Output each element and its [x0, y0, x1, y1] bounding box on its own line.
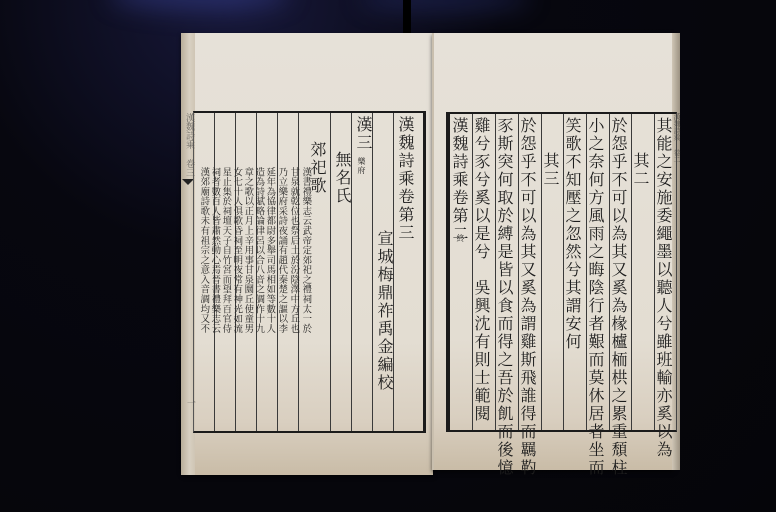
text-column: 小之奈何方風雨之晦陰行者艱而莫休居者坐而	[587, 117, 603, 477]
poem-title: 郊祀歌	[309, 141, 325, 195]
commentary-column: 女七十人俱歌昏祠至明夜常有神光如流	[231, 167, 241, 333]
backdrop-divider	[403, 0, 411, 36]
background-light-glow	[110, 0, 290, 10]
right-page-text-frame: 其能之安施委繩墨以聽人兮雖班輸亦奚以為 其二 於怨乎不可以為其又奚為椽櫨栭栱之累…	[446, 112, 677, 432]
volume-end-mark: 終	[456, 234, 464, 243]
commentary-column: 章之歌以正月上辛用事甘泉圜丘使童男	[242, 167, 252, 333]
commentary-column: 漢郊廟詩歌未有祖宗之意入音調均又不	[198, 167, 208, 333]
commentary-column: 延年為協律都尉多舉司馬相如等數十人	[264, 167, 274, 333]
commentary-column: 星止集於祠壇天子自竹宮而望拜百官侍	[220, 167, 230, 333]
editor-credit: 宣城梅鼎祚禹金編校	[376, 230, 392, 392]
reviewer-credit: 吳興沈有則士範閱	[473, 279, 489, 423]
text-column: 其能之安施委繩墨以聽人兮雖班輸亦奚以為	[655, 117, 671, 459]
commentary-column: 祠者數百人皆肅然動心焉晉書禮樂志云	[209, 167, 219, 333]
section-sublabel: 樂府	[357, 157, 365, 175]
commentary-column: 造為詩賦略論律呂以合八音之調作十九	[253, 167, 263, 333]
text-column: 笑歌不知壓之忽然兮其謂安何	[564, 117, 580, 351]
text-column: 於怨乎不可以為其又奚為謂雞斯飛誰得而羈靮	[519, 117, 535, 477]
commentary-column: 乃立樂府采詩夜誦有趙代秦楚之謳以李	[276, 167, 286, 333]
poem-number: 其二	[632, 152, 648, 188]
section-label: 漢三	[355, 116, 371, 152]
volume-end-title: 漢魏詩乘卷第二	[451, 117, 467, 243]
poem-number: 其三	[542, 152, 558, 188]
commentary-column: 漢書禮樂志云武帝定郊祀之禮祠太一於	[300, 167, 310, 333]
volume-heading: 漢魏詩乘卷第三	[397, 116, 413, 242]
text-column: 豕斯突何取於縛是皆以食而得之吾於飢而後憶	[496, 117, 512, 477]
commentary-column: 甘泉就乾位也祭后土於汾陰澤中方丘也	[288, 167, 298, 333]
background-light-glow	[360, 0, 530, 12]
text-column: 於怨乎不可以為其又奚為椽櫨栭栱之累重頹柱	[610, 117, 626, 477]
text-column: 雞兮豕兮奚以是兮	[473, 117, 489, 261]
author-name: 無名氏	[334, 151, 350, 205]
left-page-text-frame: 漢魏詩乘卷第三 宣城梅鼎祚禹金編校 漢三 樂府 無名氏 郊祀歌 漢書禮樂志云武帝…	[193, 111, 426, 433]
